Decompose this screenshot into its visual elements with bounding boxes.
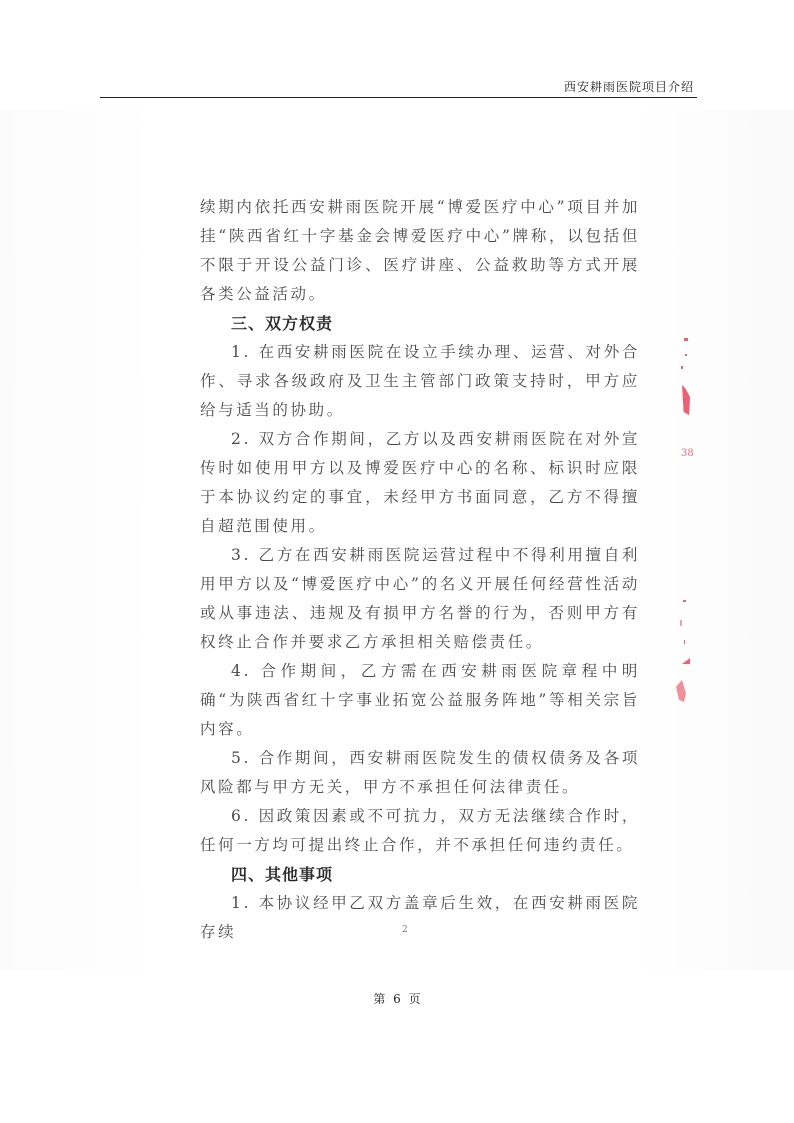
clause-1: 1. 在西安耕雨医院在设立手续办理、运营、对外合作、寻求各级政府及卫生主管部门政… — [200, 338, 640, 425]
clause-4: 4. 合作期间，乙方需在西安耕雨医院章程中明确“为陕西省红十字事业拓宽公益服务阵… — [200, 657, 640, 744]
clause-2: 2. 双方合作期间，乙方以及西安耕雨医院在对外宣传时如使用甲方以及博爱医疗中心的… — [200, 425, 640, 541]
section-heading-rights: 三、双方权责 — [200, 309, 640, 338]
other-clause-1: 1. 本协议经甲乙双方盖章后生效，在西安耕雨医院存续 — [200, 889, 640, 947]
document-body: 续期内依托西安耕雨医院开展“博爱医疗中心”项目并加挂“陕西省红十字基金会博爱医疗… — [200, 193, 640, 947]
clause-5: 5. 合作期间，西安耕雨医院发生的债权债务及各项风险都与甲方无关，甲方不承担任何… — [200, 744, 640, 802]
header-divider — [100, 97, 697, 98]
section-heading-other: 四、其他事项 — [200, 860, 640, 889]
footer-page-number: 第 6 页 — [0, 990, 794, 1007]
paragraph-continuation: 续期内依托西安耕雨医院开展“博爱医疗中心”项目并加挂“陕西省红十字基金会博爱医疗… — [200, 193, 640, 309]
page-header-title: 西安耕雨医院项目介绍 — [564, 78, 694, 95]
scanned-page-number: 2 — [402, 925, 408, 935]
clause-6: 6. 因政策因素或不可抗力，双方无法继续合作时，任何一方均可提出终止合作，并不承… — [200, 802, 640, 860]
clause-3: 3. 乙方在西安耕雨医院运营过程中不得利用擅自利用甲方以及“博爱医疗中心”的名义… — [200, 541, 640, 657]
